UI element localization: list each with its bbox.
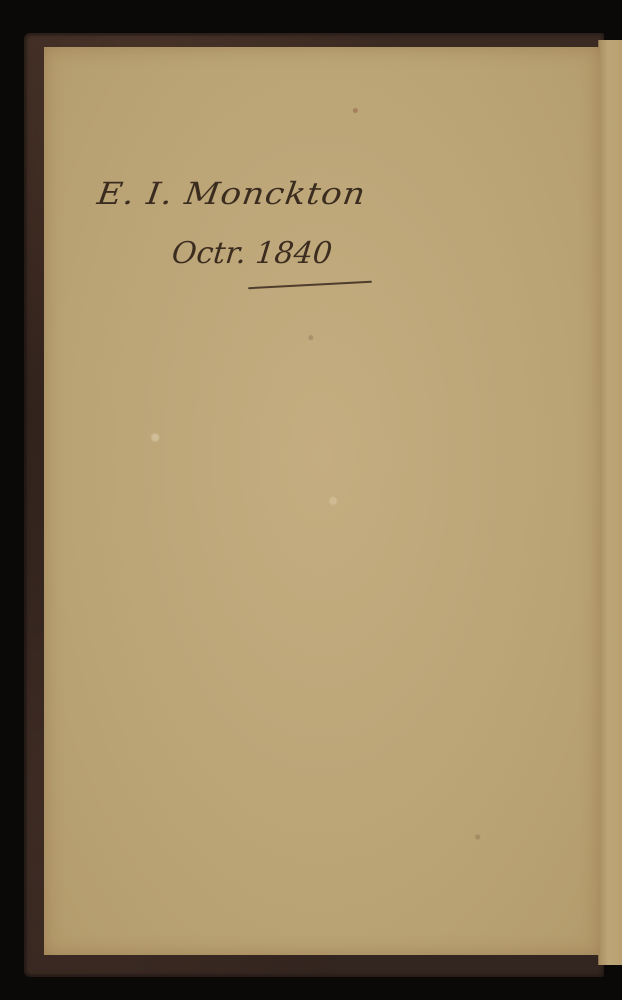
handwritten-inscription: E. I. Monckton Octr. 1840: [100, 176, 420, 296]
inscription-date: Octr. 1840: [170, 236, 334, 271]
flyleaf-edge: [598, 40, 622, 965]
ink-underline: [248, 281, 372, 289]
book-photo: E. I. Monckton Octr. 1840: [0, 0, 622, 1000]
owner-signature: E. I. Monckton: [95, 176, 368, 212]
